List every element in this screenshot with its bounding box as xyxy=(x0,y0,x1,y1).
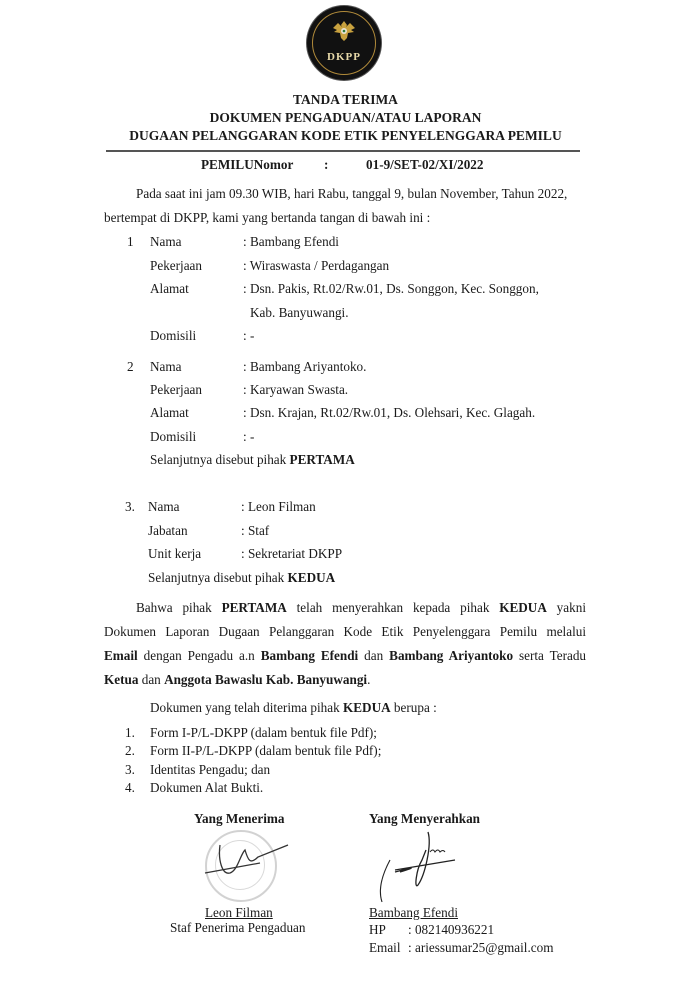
party-closing: Selanjutnya disebut pihak KEDUA xyxy=(148,570,335,586)
field-label: Nama xyxy=(150,359,182,375)
field-label: Nama xyxy=(148,499,180,515)
bold-text: KEDUA xyxy=(343,700,391,715)
field-label: Jabatan xyxy=(148,523,188,539)
closing-text: Selanjutnya disebut pihak xyxy=(148,570,288,585)
receiver-name: Leon Filman xyxy=(205,905,273,921)
bold-text: Ketua xyxy=(104,672,138,687)
field-value: : Wiraswasta / Perdagangan xyxy=(243,258,389,274)
closing-party-name: KEDUA xyxy=(288,570,336,585)
field-label: Pekerjaan xyxy=(150,258,202,274)
giver-signature-icon xyxy=(370,830,490,905)
list-item-number: 3. xyxy=(125,762,135,778)
header-divider xyxy=(106,150,580,152)
field-value: : Dsn. Pakis, Rt.02/Rw.01, Ds. Songgon, … xyxy=(243,281,539,297)
text: dan xyxy=(138,672,164,687)
field-value: : Sekretariat DKPP xyxy=(241,546,342,562)
email-value: : ariessumar25@gmail.com xyxy=(408,940,553,956)
list-item-number: 1. xyxy=(125,725,135,741)
field-label: Nama xyxy=(150,234,182,250)
statement-line-3: Email dengan Pengadu a.n Bambang Efendi … xyxy=(104,644,586,668)
list-item: Form II-P/L-DKPP (dalam bentuk file Pdf)… xyxy=(150,743,381,759)
list-item-number: 2. xyxy=(125,743,135,759)
header-subtitle-2: DUGAAN PELANGGARAN KODE ETIK PENYELENGGA… xyxy=(0,128,691,144)
text: Dokumen yang telah diterima pihak xyxy=(150,700,343,715)
email-label: Email xyxy=(369,940,401,956)
text: serta Teradu xyxy=(513,648,586,663)
text: dan xyxy=(358,648,389,663)
party-closing: Selanjutnya disebut pihak PERTAMA xyxy=(150,452,355,468)
text: Bahwa pihak xyxy=(136,600,222,615)
statement-line-1: Bahwa pihak PERTAMA telah menyerahkan ke… xyxy=(136,596,586,620)
intro-line-2: bertempat di DKPP, kami yang bertanda ta… xyxy=(104,210,430,226)
field-value: : Leon Filman xyxy=(241,499,316,515)
hp-label: HP xyxy=(369,922,386,938)
field-value: : Dsn. Krajan, Rt.02/Rw.01, Ds. Olehsari… xyxy=(243,405,535,421)
bold-text: KEDUA xyxy=(499,600,547,615)
text: berupa : xyxy=(391,700,437,715)
giver-name: Bambang Efendi xyxy=(369,905,458,921)
logo-text: DKPP xyxy=(307,51,381,63)
text: dengan Pengadu a.n xyxy=(138,648,261,663)
statement-line-4: Ketua dan Anggota Bawaslu Kab. Banyuwang… xyxy=(104,668,586,692)
list-item: Form I-P/L-DKPP (dalam bentuk file Pdf); xyxy=(150,725,377,741)
field-value: : Bambang Efendi xyxy=(243,234,339,250)
bold-text: Anggota Bawaslu Kab. Banyuwangi xyxy=(164,672,367,687)
list-item: Identitas Pengadu; dan xyxy=(150,762,270,778)
bold-text: Bambang Efendi xyxy=(261,648,359,663)
party-number: 3. xyxy=(125,499,135,515)
hp-value: : 082140936221 xyxy=(408,922,494,938)
field-label: Pekerjaan xyxy=(150,382,202,398)
field-value: : Karyawan Swasta. xyxy=(243,382,348,398)
bold-text: Email xyxy=(104,648,138,663)
closing-party-name: PERTAMA xyxy=(290,452,355,467)
list-item-number: 4. xyxy=(125,780,135,796)
bold-text: Bambang Ariyantoko xyxy=(389,648,513,663)
intro-line-1: Pada saat ini jam 09.30 WIB, hari Rabu, … xyxy=(136,186,567,202)
party-number: 2 xyxy=(127,359,134,375)
field-label: Alamat xyxy=(150,405,189,421)
receiver-role: Staf Penerima Pengaduan xyxy=(170,920,306,936)
text: telah menyerahkan kepada pihak xyxy=(287,600,499,615)
nomor-separator: : xyxy=(324,157,328,173)
field-label: Domisili xyxy=(150,328,196,344)
field-value-continued: Kab. Banyuwangi. xyxy=(250,305,349,321)
statement-line-2: Dokumen Laporan Dugaan Pelanggaran Kode … xyxy=(104,620,586,644)
field-value: : Bambang Ariyantoko. xyxy=(243,359,366,375)
nomor-value: 01-9/SET-02/XI/2022 xyxy=(366,157,484,173)
dkpp-logo: DKPP xyxy=(307,6,381,80)
text: . xyxy=(367,672,370,687)
field-value: : Staf xyxy=(241,523,269,539)
field-value: : - xyxy=(243,328,254,344)
header-title: TANDA TERIMA xyxy=(0,92,691,108)
garuda-emblem-icon xyxy=(330,18,358,46)
field-label: Unit kerja xyxy=(148,546,201,562)
field-label: Domisili xyxy=(150,429,196,445)
nomor-label: PEMILUNomor xyxy=(201,157,293,173)
text: yakni xyxy=(547,600,586,615)
field-value: : - xyxy=(243,429,254,445)
receiver-signature-icon xyxy=(200,835,290,885)
closing-text: Selanjutnya disebut pihak xyxy=(150,452,290,467)
receiver-title: Yang Menerima xyxy=(194,811,284,827)
header-subtitle: DOKUMEN PENGADUAN/ATAU LAPORAN xyxy=(0,110,691,126)
bold-text: PERTAMA xyxy=(222,600,287,615)
party-number: 1 xyxy=(127,234,134,250)
list-item: Dokumen Alat Bukti. xyxy=(150,780,263,796)
field-label: Alamat xyxy=(150,281,189,297)
giver-title: Yang Menyerahkan xyxy=(369,811,480,827)
documents-intro: Dokumen yang telah diterima pihak KEDUA … xyxy=(150,700,437,716)
